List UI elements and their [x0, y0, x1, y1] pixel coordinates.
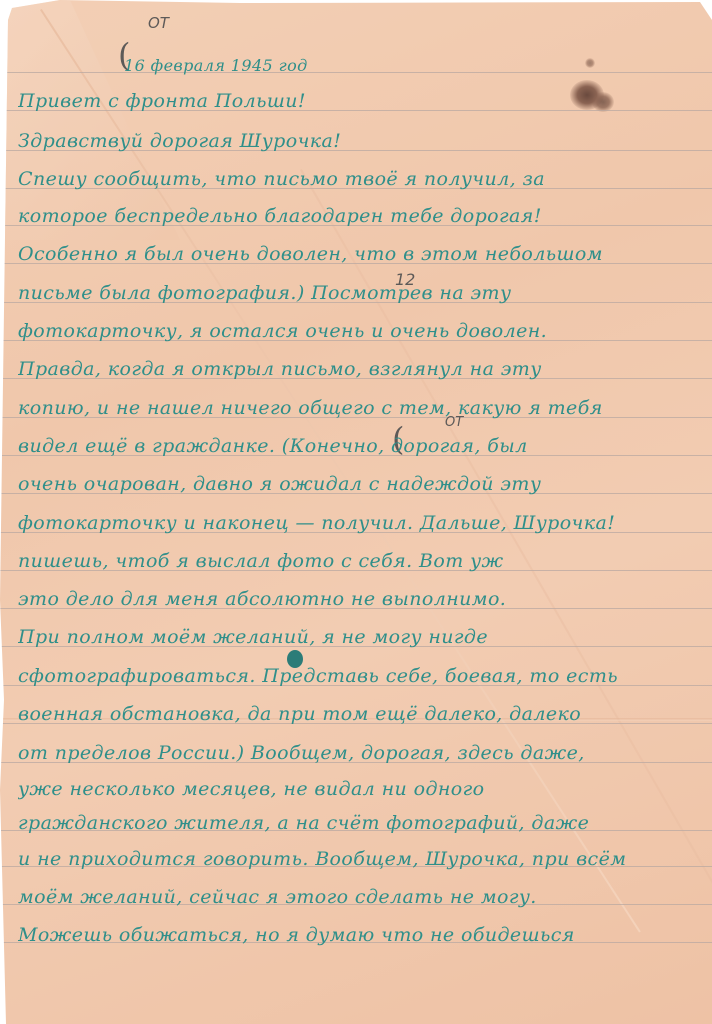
letter-line: фотокарточку и наконец — получил. Дальше… [18, 512, 704, 534]
letter-line: моём желаний, сейчас я этого сделать не … [18, 886, 704, 908]
letter-line: письме была фотография.) Посмотрев на эт… [18, 282, 704, 304]
letter-line: видел ещё в гражданке. (Конечно, дорогая… [18, 435, 704, 457]
letter-line: Особенно я был очень доволен, что в этом… [18, 243, 704, 265]
pencil-annotation-top: ОТ [148, 14, 169, 32]
letter-line: Можешь обижаться, но я думаю что не обид… [18, 924, 704, 946]
letter-line: очень очарован, давно я ожидал с надеждо… [18, 473, 704, 495]
letter-line: Привет с фронта Польши! [18, 90, 704, 112]
letter-line: сфотографироваться. Представь себе, боев… [18, 665, 704, 687]
letter-line: военная обстановка, да при том ещё далек… [18, 703, 704, 725]
letter-line: это дело для меня абсолютно не выполнимо… [18, 588, 704, 610]
letter-line: гражданского жителя, а на счёт фотографи… [18, 812, 704, 834]
letter-line: от пределов России.) Вообщем, дорогая, з… [18, 742, 704, 764]
letter-line: Правда, когда я открыл письмо, взглянул … [18, 358, 704, 380]
letter-line: Здравствуй дорогая Шурочка! [18, 130, 704, 152]
letter-line: фотокарточку, я остался очень и очень до… [18, 320, 704, 342]
letter-line: При полном моём желаний, я не могу нигде [18, 626, 704, 648]
letter-line: и не приходится говорить. Вообщем, Шуроч… [18, 848, 704, 870]
letter-line: копию, и не нашел ничего общего с тем, к… [18, 397, 704, 419]
folded-corner [0, 0, 180, 240]
letter-line: Спешу сообщить, что письмо твоё я получи… [18, 168, 704, 190]
letter-page: ОТ ( 12 ОТ ( 16 февраля 1945 год Привет … [0, 0, 712, 1024]
letter-date: 16 февраля 1945 год [124, 56, 704, 75]
letter-line: пишешь, чтоб я выслал фото с себя. Вот у… [18, 550, 704, 572]
letter-line: уже несколько месяцев, не видал ни одног… [18, 778, 704, 800]
letter-line: которое беспредельно благодарен тебе дор… [18, 205, 704, 227]
